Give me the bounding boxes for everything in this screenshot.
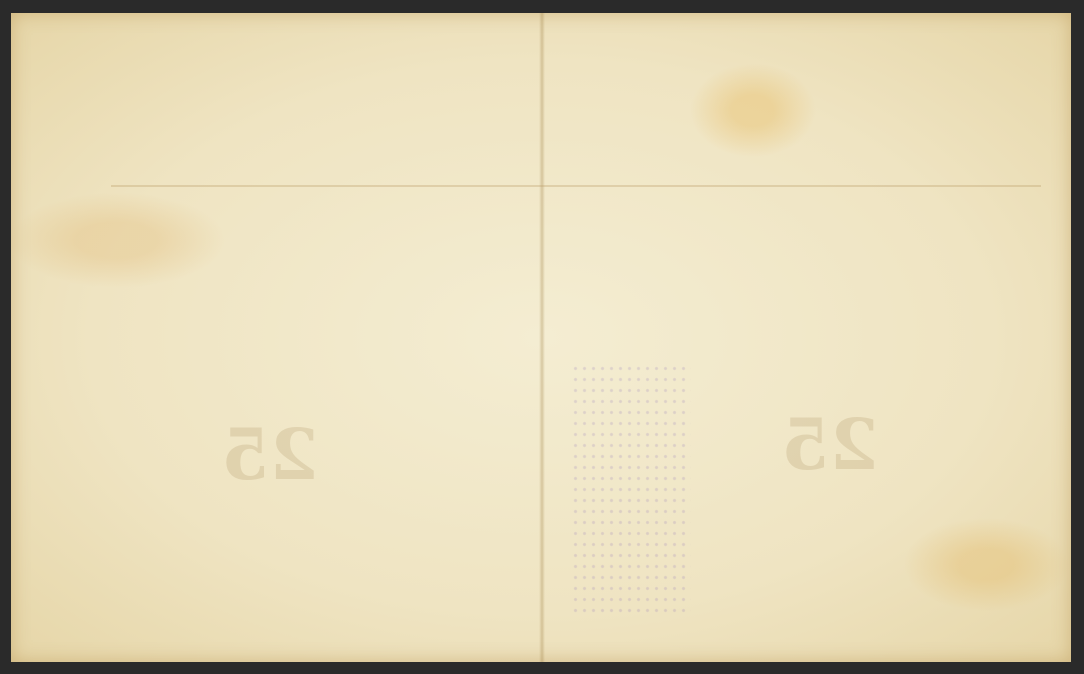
bleed-through-numeral-left: 25 — [221, 413, 318, 496]
banknote-reverse: 25 25 — [11, 13, 1071, 662]
bleed-through-rule-line — [111, 185, 1041, 187]
bleed-through-numeral-right: 25 — [781, 403, 878, 486]
faded-purple-stamp — [571, 363, 691, 613]
center-fold-crease — [539, 13, 545, 662]
